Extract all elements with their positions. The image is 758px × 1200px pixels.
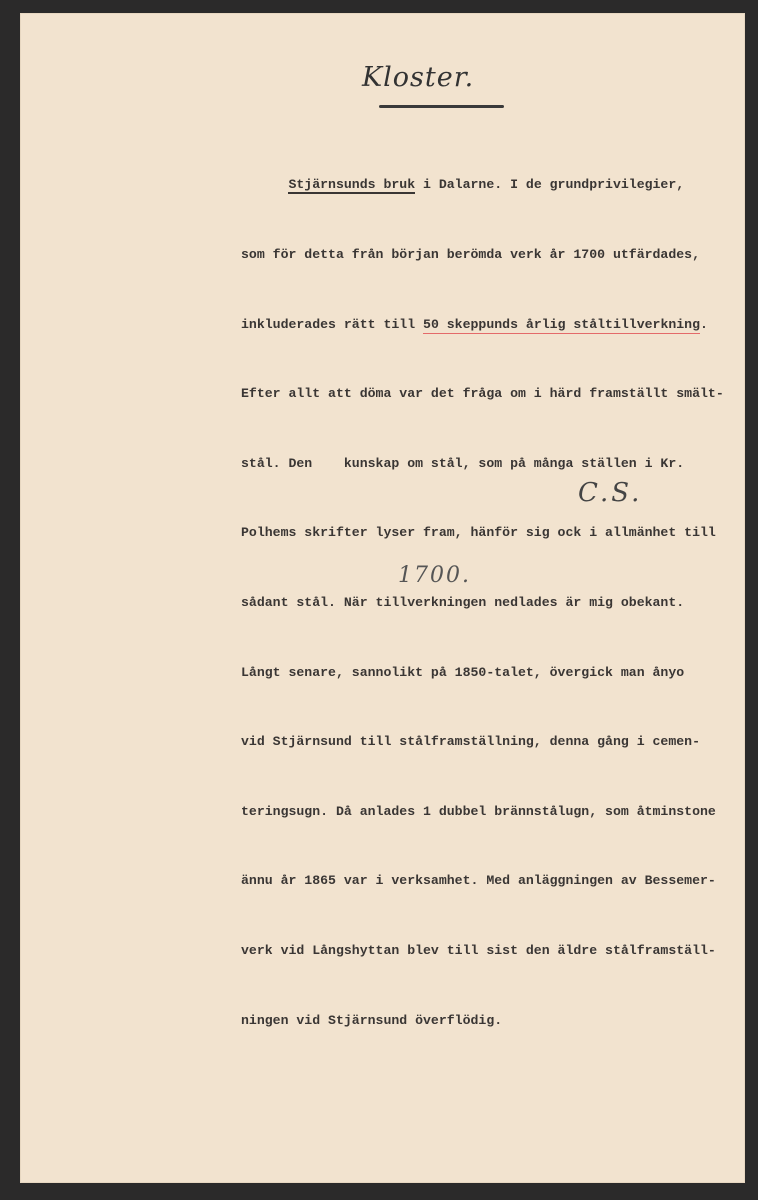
text-line-4: Efter allt att döma var det fråga om i h… [241, 382, 751, 405]
text-line-3: inkluderades rätt till 50 skeppunds årli… [241, 313, 751, 336]
text-line-10: teringsugn. Då anlades 1 dubbel brännstå… [241, 800, 751, 823]
text-line-12: verk vid Långshyttan blev till sist den … [241, 939, 751, 962]
text-line-13: ningen vid Stjärnsund överflödig. [241, 1009, 751, 1032]
red-underlined-phrase: 50 skeppunds årlig ståltillverkning [423, 317, 700, 334]
handwritten-year: 1700. [398, 563, 471, 588]
text-line-9: vid Stjärnsund till stålframställning, d… [241, 730, 751, 753]
text-line-7: sådant stål. När tillverkningen nedlades… [241, 591, 751, 614]
underlined-place-name: Stjärnsunds bruk [288, 177, 415, 194]
text-line-8: Långt senare, sannolikt på 1850-talet, ö… [241, 661, 751, 684]
text-line-1: Stjärnsunds bruk i Dalarne. I de grundpr… [241, 173, 751, 196]
handwritten-signature: C.S. [578, 478, 642, 508]
text-line-2: som för detta från början berömda verk å… [241, 243, 751, 266]
text-line-5: stål. Den kunskap om stål, som på många … [241, 452, 751, 475]
typed-paragraph: Stjärnsunds bruk i Dalarne. I de grundpr… [241, 127, 751, 1055]
text-line-11: ännu år 1865 var i verksamhet. Med anläg… [241, 869, 751, 892]
text-line-6: Polhems skrifter lyser fram, hänför sig … [241, 521, 751, 544]
title-underline [379, 105, 504, 108]
handwritten-title: Kloster. [362, 62, 502, 93]
